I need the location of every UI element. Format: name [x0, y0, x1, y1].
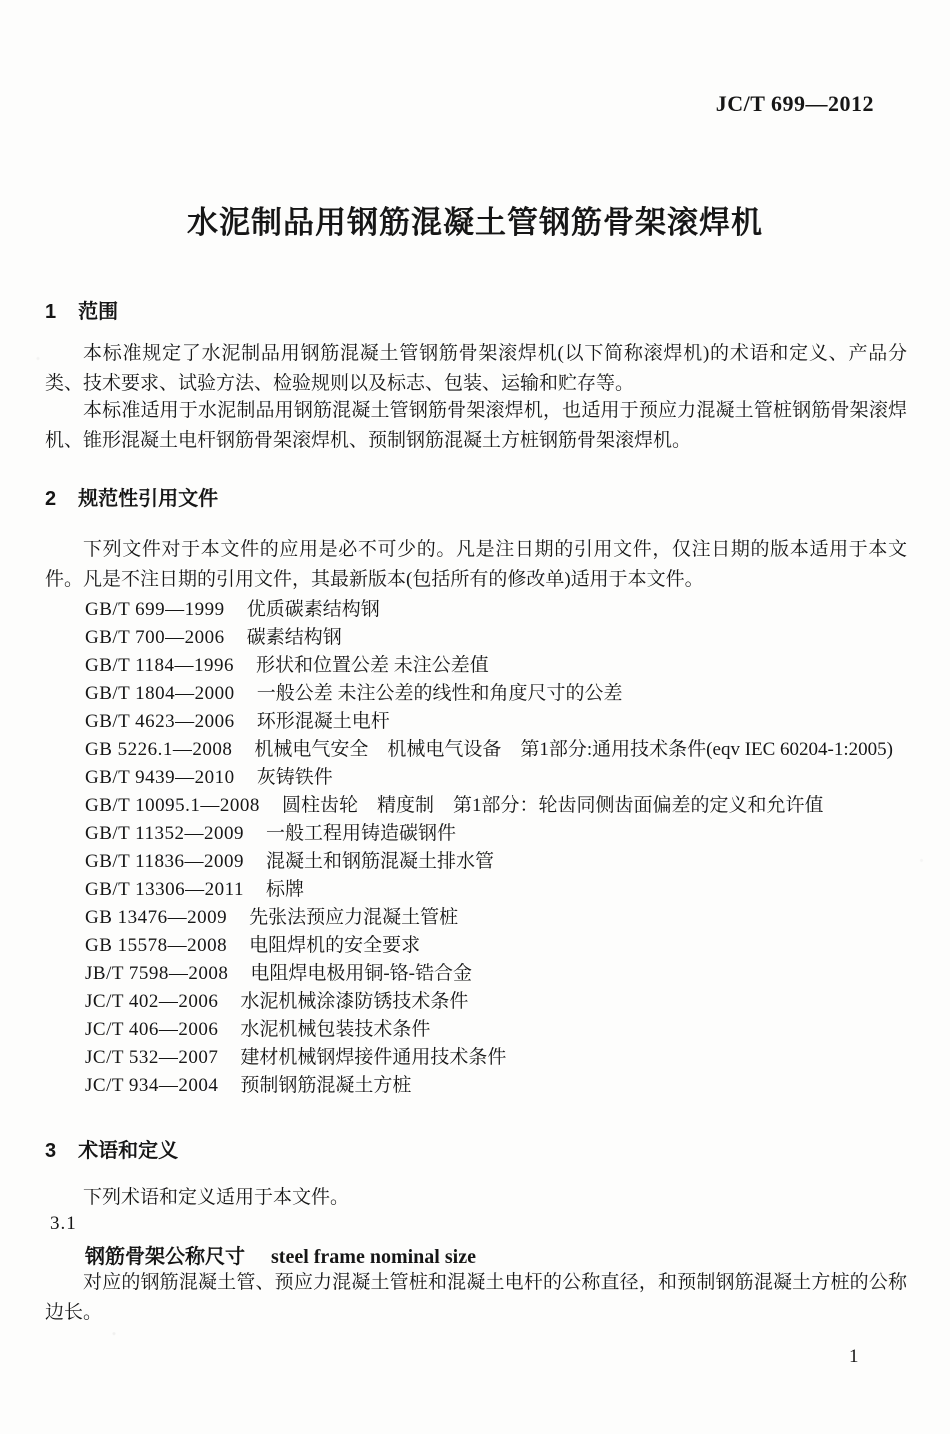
reference-item: GB/T 11352—2009一般工程用铸造碳钢件 [85, 820, 925, 848]
section-2-title: 规范性引用文件 [78, 488, 218, 510]
section-3-heading: 3术语和定义 [45, 1134, 178, 1163]
reference-title: 标牌 [266, 876, 304, 904]
reference-title: 灰铸铁件 [257, 764, 333, 792]
reference-title: 一般公差 未注公差的线性和角度尺寸的公差 [257, 680, 623, 708]
reference-title: 碳素结构钢 [247, 624, 342, 652]
reference-code: GB 15578—2008 [85, 932, 227, 960]
section-1-heading: 1范围 [45, 295, 118, 324]
reference-title: 电阻焊机的安全要求 [249, 932, 420, 960]
term-number: 3.1 [50, 1213, 77, 1235]
section-1-paragraph-2: 本标准适用于水泥制品用钢筋混凝土管钢筋骨架滚焊机，也适用于预应力混凝土管桩钢筋骨… [45, 396, 907, 456]
reference-title: 水泥机械包装技术条件 [240, 1016, 430, 1044]
reference-item: JB/T 7598—2008电阻焊电极用铜-铬-锆合金 [85, 960, 925, 988]
reference-item: GB 5226.1—2008机械电气安全 机械电气设备 第1部分:通用技术条件(… [85, 736, 925, 764]
reference-item: GB/T 1184—1996形状和位置公差 未注公差值 [85, 652, 925, 680]
section-1-number: 1 [45, 301, 56, 324]
reference-item: GB/T 1804—2000一般公差 未注公差的线性和角度尺寸的公差 [85, 680, 925, 708]
section-3-title: 术语和定义 [78, 1140, 178, 1162]
reference-item: GB/T 700—2006碳素结构钢 [85, 624, 925, 652]
section-2-number: 2 [45, 488, 56, 511]
section-3-intro: 下列术语和定义适用于本文件。 [45, 1183, 907, 1213]
reference-title: 形状和位置公差 未注公差值 [256, 652, 489, 680]
reference-code: JB/T 7598—2008 [85, 960, 228, 988]
reference-item: GB/T 10095.1—2008圆柱齿轮 精度制 第1部分：轮齿同侧齿面偏差的… [85, 792, 925, 820]
reference-code: GB/T 4623—2006 [85, 708, 235, 736]
reference-code: GB/T 1804—2000 [85, 680, 235, 708]
reference-code: GB 13476—2009 [85, 904, 227, 932]
reference-item: JC/T 532—2007建材机械钢焊接件通用技术条件 [85, 1044, 925, 1072]
term-definition-text: 对应的钢筋混凝土管、预应力混凝土管桩和混凝土电杆的公称直径，和预制钢筋混凝土方桩… [45, 1268, 907, 1328]
reference-list: GB/T 699—1999优质碳素结构钢GB/T 700—2006碳素结构钢GB… [85, 596, 925, 1100]
term-english: steel frame nominal size [271, 1246, 476, 1268]
document-page: JC/T 699—2012 水泥制品用钢筋混凝土管钢筋骨架滚焊机 1范围 本标准… [0, 0, 950, 1434]
standard-number: JC/T 699—2012 [716, 91, 874, 117]
reference-code: JC/T 406—2006 [85, 1016, 218, 1044]
reference-item: GB 15578—2008电阻焊机的安全要求 [85, 932, 925, 960]
reference-item: GB 13476—2009先张法预应力混凝土管桩 [85, 904, 925, 932]
reference-title: 水泥机械涂漆防锈技术条件 [240, 988, 468, 1016]
reference-code: GB/T 9439—2010 [85, 764, 235, 792]
reference-item: GB/T 11836—2009混凝土和钢筋混凝土排水管 [85, 848, 925, 876]
term-chinese: 钢筋骨架公称尺寸 [85, 1246, 245, 1268]
reference-item: JC/T 934—2004预制钢筋混凝土方桩 [85, 1072, 925, 1100]
reference-title: 机械电气安全 机械电气设备 第1部分:通用技术条件(eqv IEC 60204-… [254, 736, 893, 764]
section-3-number: 3 [45, 1140, 56, 1163]
reference-title: 一般工程用铸造碳钢件 [266, 820, 456, 848]
term-definition-heading: 钢筋骨架公称尺寸steel frame nominal size [85, 1240, 476, 1269]
reference-title: 优质碳素结构钢 [247, 596, 380, 624]
page-number: 1 [849, 1346, 859, 1368]
section-1-title: 范围 [78, 301, 118, 323]
reference-code: GB/T 10095.1—2008 [85, 792, 260, 820]
reference-item: GB/T 699—1999优质碳素结构钢 [85, 596, 925, 624]
reference-code: JC/T 532—2007 [85, 1044, 218, 1072]
reference-item: GB/T 4623—2006环形混凝土电杆 [85, 708, 925, 736]
reference-item: JC/T 406—2006水泥机械包装技术条件 [85, 1016, 925, 1044]
reference-code: GB 5226.1—2008 [85, 736, 232, 764]
reference-item: JC/T 402—2006水泥机械涂漆防锈技术条件 [85, 988, 925, 1016]
reference-code: GB/T 11836—2009 [85, 848, 244, 876]
section-2-heading: 2规范性引用文件 [45, 482, 218, 511]
reference-code: GB/T 699—1999 [85, 596, 225, 624]
reference-code: GB/T 13306—2011 [85, 876, 244, 904]
section-2-intro: 下列文件对于本文件的应用是必不可少的。凡是注日期的引用文件，仅注日期的版本适用于… [45, 535, 907, 595]
reference-item: GB/T 13306—2011标牌 [85, 876, 925, 904]
reference-title: 电阻焊电极用铜-铬-锆合金 [250, 960, 472, 988]
document-title: 水泥制品用钢筋混凝土管钢筋骨架滚焊机 [0, 197, 950, 242]
reference-title: 圆柱齿轮 精度制 第1部分：轮齿同侧齿面偏差的定义和允许值 [282, 792, 824, 820]
section-1-paragraph-1: 本标准规定了水泥制品用钢筋混凝土管钢筋骨架滚焊机(以下简称滚焊机)的术语和定义、… [45, 339, 907, 399]
reference-title: 环形混凝土电杆 [257, 708, 390, 736]
reference-title: 预制钢筋混凝土方桩 [240, 1072, 411, 1100]
reference-code: GB/T 11352—2009 [85, 820, 244, 848]
reference-code: JC/T 402—2006 [85, 988, 218, 1016]
reference-code: JC/T 934—2004 [85, 1072, 218, 1100]
reference-title: 先张法预应力混凝土管桩 [249, 904, 458, 932]
reference-title: 建材机械钢焊接件通用技术条件 [240, 1044, 506, 1072]
reference-title: 混凝土和钢筋混凝土排水管 [266, 848, 494, 876]
reference-item: GB/T 9439—2010灰铸铁件 [85, 764, 925, 792]
reference-code: GB/T 700—2006 [85, 624, 225, 652]
reference-code: GB/T 1184—1996 [85, 652, 234, 680]
